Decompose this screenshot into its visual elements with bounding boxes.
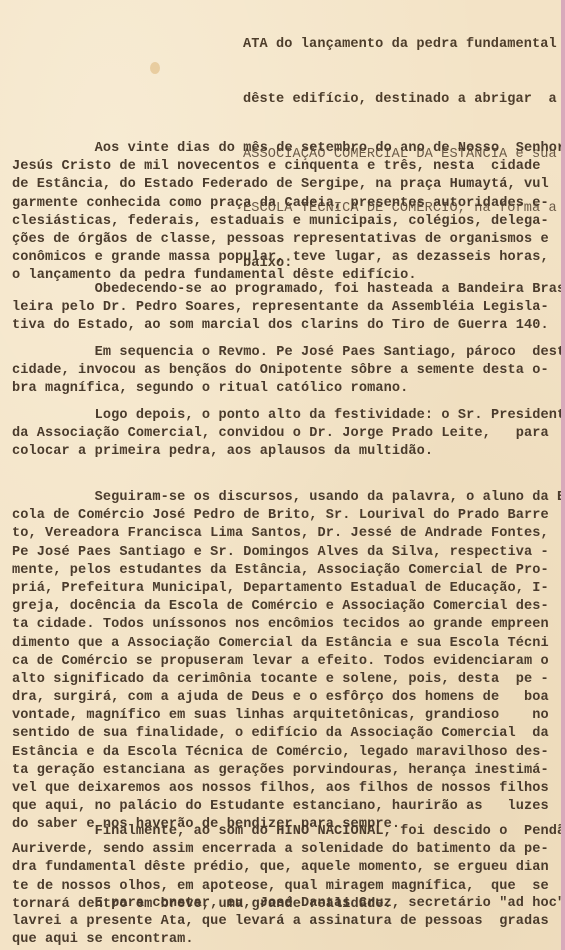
text-line: dra, surgirá, com a ajuda de Deus e o es…: [12, 689, 560, 707]
text-line: cidade, invocou as bençãos do Onipotente…: [12, 362, 560, 380]
text-line: priá, Prefeitura Municipal, Departamento…: [12, 580, 560, 598]
paragraph-closing: E para constar, eu, José Dantas Cruz, se…: [12, 895, 560, 950]
text-line: Em sequencia o Revmo. Pe José Paes Santi…: [12, 344, 560, 362]
text-line: ta geração estanciana as gerações porvin…: [12, 762, 560, 780]
text-line: ca de Comércio se propuseram levar a efe…: [12, 653, 560, 671]
text-line: Seguiram-se os discursos, usando da pala…: [12, 489, 560, 507]
text-line: E para constar, eu, José Dantas Cruz, se…: [12, 895, 560, 913]
paragraph-opening: Aos vinte dias do mês de setembro do ano…: [12, 140, 560, 286]
text-line: Auriverde, sendo assim encerrada a solen…: [12, 841, 560, 859]
text-line: Pe José Paes Santiago e Sr. Domingos Alv…: [12, 544, 560, 562]
text-line: clesiásticas, federais, estaduais e muni…: [12, 213, 560, 231]
text-line: Obedecendo-se ao programado, foi hastead…: [12, 281, 560, 299]
text-line: Jesús Cristo de mil novecentos e cinquen…: [12, 158, 560, 176]
paragraph-first-stone: Logo depois, o ponto alto da festividade…: [12, 407, 560, 462]
text-line: ções de órgãos de classe, pessoas repres…: [12, 231, 560, 249]
text-line: vel que deixaremos aos nossos filhos, ao…: [12, 780, 560, 798]
text-line: ta cidade. Todos uníssonos nos encômios …: [12, 616, 560, 634]
paper-stain: [150, 62, 160, 74]
paragraph-blessing: Em sequencia o Revmo. Pe José Paes Santi…: [12, 344, 560, 399]
text-line: vontade, magnífico em suas linhas arquit…: [12, 707, 560, 725]
page-edge: [561, 0, 565, 950]
text-line: bra magnífica, segundo o ritual católico…: [12, 380, 560, 398]
text-line: to, Vereadora Francisca Lima Santos, Dr.…: [12, 525, 560, 543]
text-line: lavrei a presente Ata, que levará a assi…: [12, 913, 560, 931]
text-line: garmente conhecida como praça da Cadeia,…: [12, 195, 560, 213]
text-line: que aqui, no palácio do Estudante estanc…: [12, 798, 560, 816]
text-line: Aos vinte dias do mês de setembro do ano…: [12, 140, 560, 158]
heading-line: dêste edifício, destinado a abrigar a: [243, 91, 563, 109]
text-line: mente, pelos estudantes da Estância, Ass…: [12, 562, 560, 580]
text-line: da Associação Comercial, convidou o Dr. …: [12, 425, 560, 443]
text-line: colocar a primeira pedra, aos aplausos d…: [12, 443, 560, 461]
text-line: Finalmente, ao som do HINO NACIONAL, foi…: [12, 823, 560, 841]
text-line: cola de Comércio José Pedro de Brito, Sr…: [12, 507, 560, 525]
paragraph-flag-raising: Obedecendo-se ao programado, foi hastead…: [12, 281, 560, 336]
text-line: tiva do Estado, ao som marcial dos clari…: [12, 317, 560, 335]
typewritten-document: ATA do lançamento da pedra fundamental d…: [0, 0, 561, 950]
paragraph-speeches: Seguiram-se os discursos, usando da pala…: [12, 489, 560, 835]
text-line: de Estância, do Estado Federado de Sergi…: [12, 176, 560, 194]
text-line: leira pelo Dr. Pedro Soares, representan…: [12, 299, 560, 317]
text-line: Logo depois, o ponto alto da festividade…: [12, 407, 560, 425]
text-line: dra fundamental dêste prédio, que, aquel…: [12, 859, 560, 877]
text-line: conômicos e grande massa popular, teve l…: [12, 249, 560, 267]
text-line: Estância e da Escola Técnica de Comércio…: [12, 744, 560, 762]
text-line: que aqui se encontram.: [12, 931, 560, 949]
text-line: te de nossos olhos, em apoteose, qual mi…: [12, 878, 560, 896]
heading-line: ATA do lançamento da pedra fundamental: [243, 36, 563, 54]
text-line: sentido de sua finalidade, o edifício da…: [12, 725, 560, 743]
text-line: greja, docência da Escola de Comércio e …: [12, 598, 560, 616]
text-line: alto significado da cerimônia tocante e …: [12, 671, 560, 689]
text-line: dimento que a Associação Comercial da Es…: [12, 635, 560, 653]
